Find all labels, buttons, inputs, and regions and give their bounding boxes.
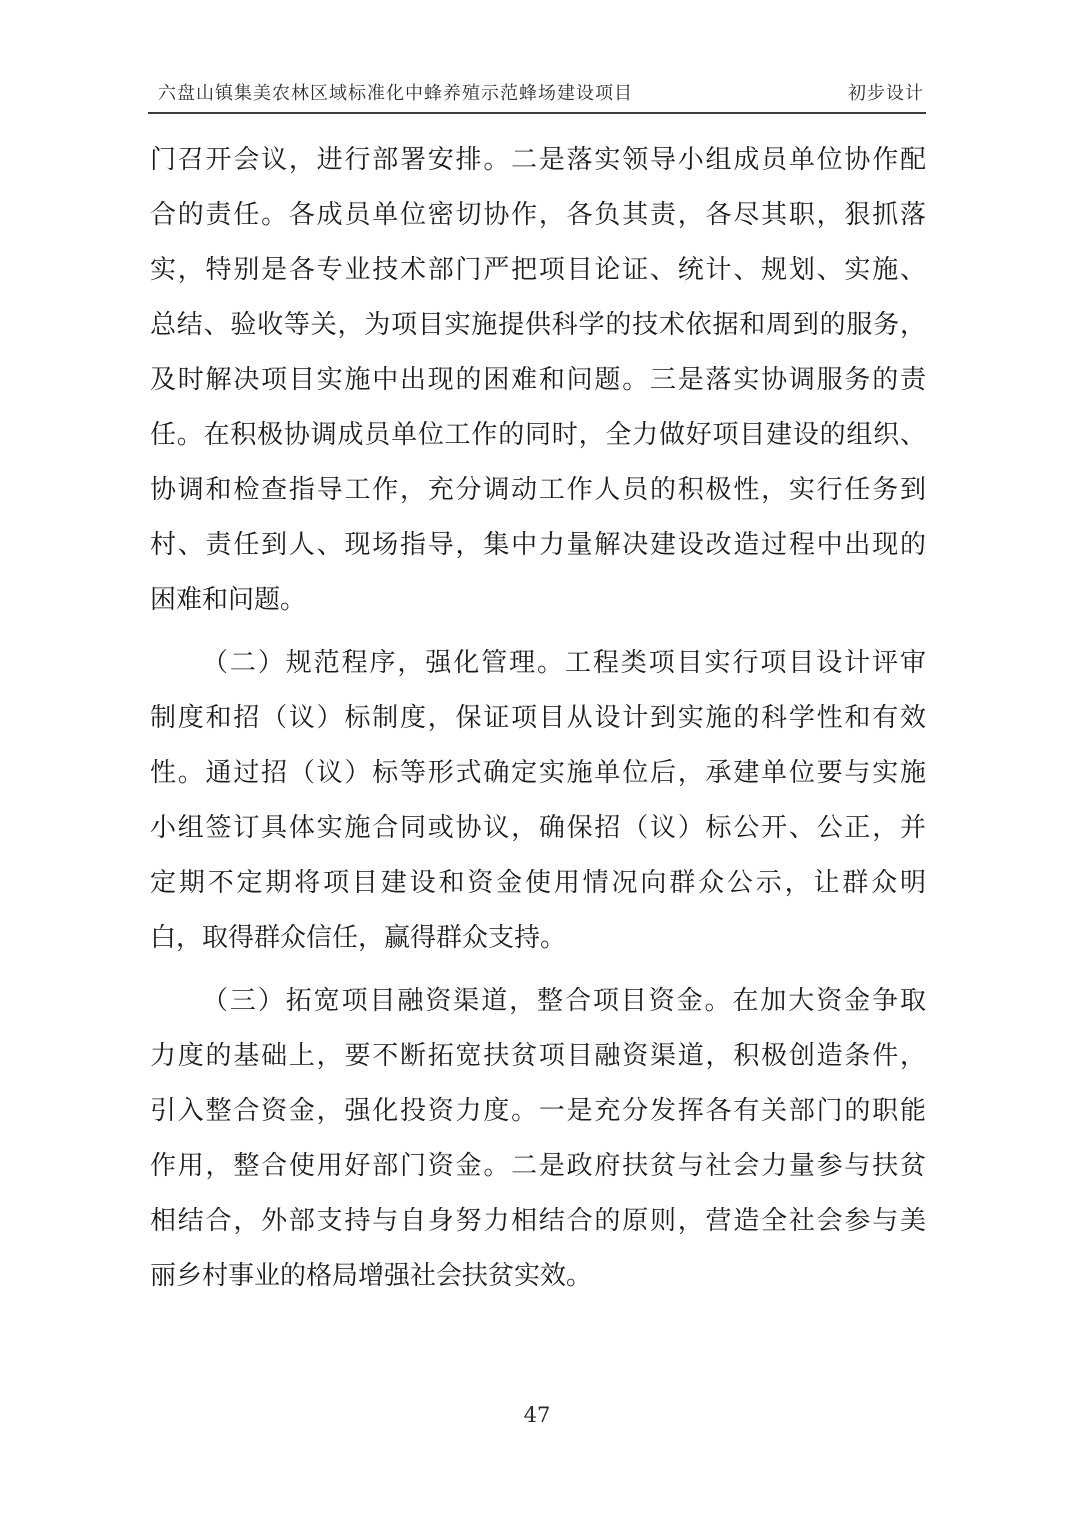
text-line: 村、责任到人、现场指导，集中力量解决建设改造过程中出现的 bbox=[150, 518, 926, 573]
paragraph: 门召开会议，进行部署安排。二是落实领导小组成员单位协作配合的责任。各成员单位密切… bbox=[150, 133, 926, 628]
text-line: 协调和检查指导工作，充分调动工作人员的积极性，实行任务到 bbox=[150, 463, 926, 518]
document-body: 门召开会议，进行部署安排。二是落实领导小组成员单位协作配合的责任。各成员单位密切… bbox=[150, 133, 926, 1304]
text-line: 白，取得群众信任，赢得群众支持。 bbox=[150, 911, 926, 966]
text-line: 合的责任。各成员单位密切协作，各负其责，各尽其职，狠抓落 bbox=[150, 188, 926, 243]
text-line: 丽乡村事业的格局增强社会扶贫实效。 bbox=[150, 1249, 926, 1304]
text-line: 制度和招（议）标制度，保证项目从设计到实施的科学性和有效 bbox=[150, 691, 926, 746]
text-line: 引入整合资金，强化投资力度。一是充分发挥各有关部门的职能 bbox=[150, 1084, 926, 1139]
text-line: 实，特别是各专业技术部门严把项目论证、统计、规划、实施、 bbox=[150, 243, 926, 298]
text-line: 小组签订具体实施合同或协议，确保招（议）标公开、公正，并 bbox=[150, 801, 926, 856]
text-line: 及时解决项目实施中出现的困难和问题。三是落实协调服务的责 bbox=[150, 353, 926, 408]
header-left-title: 六盘山镇集美农林区域标准化中蜂养殖示范蜂场建设项目 bbox=[158, 82, 633, 106]
page-footer: 47 bbox=[0, 1400, 1074, 1430]
text-line: （二）规范程序，强化管理。工程类项目实行项目设计评审 bbox=[150, 636, 926, 691]
document-page: 六盘山镇集美农林区域标准化中蜂养殖示范蜂场建设项目 初步设计 门召开会议，进行部… bbox=[0, 0, 1074, 1520]
text-line: 定期不定期将项目建设和资金使用情况向群众公示，让群众明 bbox=[150, 856, 926, 911]
text-line: （三）拓宽项目融资渠道，整合项目资金。在加大资金争取 bbox=[150, 974, 926, 1029]
text-line: 性。通过招（议）标等形式确定实施单位后，承建单位要与实施 bbox=[150, 746, 926, 801]
text-line: 力度的基础上，要不断拓宽扶贫项目融资渠道，积极创造条件， bbox=[150, 1029, 926, 1084]
paragraph: （三）拓宽项目融资渠道，整合项目资金。在加大资金争取力度的基础上，要不断拓宽扶贫… bbox=[150, 974, 926, 1304]
text-line: 门召开会议，进行部署安排。二是落实领导小组成员单位协作配 bbox=[150, 133, 926, 188]
page-number: 47 bbox=[524, 1403, 551, 1427]
header-right-label: 初步设计 bbox=[848, 82, 924, 106]
page-header: 六盘山镇集美农林区域标准化中蜂养殖示范蜂场建设项目 初步设计 bbox=[148, 82, 926, 114]
paragraph: （二）规范程序，强化管理。工程类项目实行项目设计评审制度和招（议）标制度，保证项… bbox=[150, 636, 926, 966]
text-line: 总结、验收等关，为项目实施提供科学的技术依据和周到的服务， bbox=[150, 298, 926, 353]
text-line: 相结合，外部支持与自身努力相结合的原则，营造全社会参与美 bbox=[150, 1194, 926, 1249]
text-line: 作用，整合使用好部门资金。二是政府扶贫与社会力量参与扶贫 bbox=[150, 1139, 926, 1194]
text-line: 困难和问题。 bbox=[150, 573, 926, 628]
text-line: 任。在积极协调成员单位工作的同时，全力做好项目建设的组织、 bbox=[150, 408, 926, 463]
